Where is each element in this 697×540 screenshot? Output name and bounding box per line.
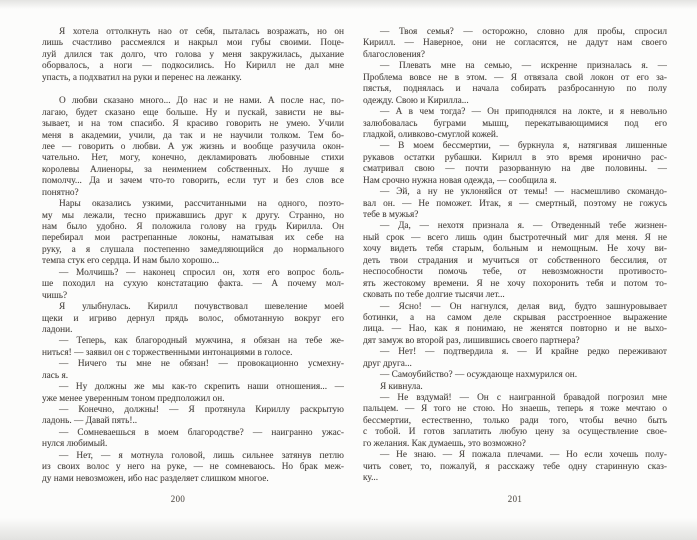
- paragraph: — Самоубийство? — осуждающе нахмурился о…: [363, 370, 667, 381]
- paragraph: — В моем бессмертии, — буркнула я, натяг…: [363, 141, 667, 187]
- text-line: лагаю, будет сказано еще больше. Ну и пу…: [42, 108, 344, 119]
- text-line: зывает, и на том спасибо. Я красиво гово…: [42, 119, 344, 130]
- text-line: королевы Алиеноры, за неимением собствен…: [42, 165, 344, 176]
- paragraph: — Конечно, должны! — Я протянула Кириллу…: [42, 405, 344, 428]
- text-line: благословения?: [363, 50, 667, 61]
- paragraph: Я кивнула.: [363, 382, 667, 393]
- page-left-text: Я хотела оттолкнуть нао от себя, пыталас…: [42, 27, 344, 485]
- text-line: друг друга...: [363, 359, 667, 370]
- text-line: — Твоя семья? — осторожно, словно для пр…: [363, 27, 667, 38]
- text-line: помолчу... Да и зачем что-то говорить, е…: [42, 176, 344, 187]
- text-line: му мы лежали, тесно прижавшись друг к др…: [42, 211, 344, 222]
- text-line: чательно. Нет, могу, конечно, декламиров…: [42, 153, 344, 164]
- text-line: оборвалось, а ноги — подкосились. Но Кир…: [42, 61, 344, 72]
- text-line: Нары оказались узкими, рассчитанными на …: [42, 199, 344, 210]
- text-line: луй длился так долго, что голова у меня …: [42, 50, 344, 61]
- paragraph: — Ну должны же мы как-то скрепить наши о…: [42, 382, 344, 405]
- paragraph: Я хотела оттолкнуть нао от себя, пыталас…: [42, 27, 344, 84]
- text-line: ше походил на сухую констатацию факта. —…: [42, 279, 344, 290]
- paragraph: — Эй, а ну не уклоняйся от темы! — насме…: [363, 187, 667, 221]
- text-line: тебе в мужья?: [363, 210, 667, 221]
- text-line: уже менее уверенным тоном предположил он…: [42, 394, 344, 405]
- paragraph: — Плевать мне на семью, — искренне призн…: [363, 61, 667, 107]
- text-line: с тобой. И готов заплатить любую цену за…: [363, 427, 667, 438]
- paragraph: — Ясно! — Он нагнулся, делая вид, будто …: [363, 302, 667, 348]
- paragraph: — А в чем тогда? — Он приподнялся на лок…: [363, 107, 667, 141]
- page-number-left: 200: [28, 494, 328, 505]
- paragraph: — Нет, — я мотнула головой, лишь сильнее…: [42, 451, 344, 485]
- text-line: — Не вздумай! — Он с наигранной бравадой…: [363, 393, 667, 404]
- text-line: — Да, — нехотя признала я. — Отведенный …: [363, 221, 667, 232]
- paragraph: — Да, — нехотя признала я. — Отведенный …: [363, 221, 667, 301]
- text-line: хочу видеть тебя старым, больным и немощ…: [363, 244, 667, 255]
- text-line: го желания. Как думаешь, это возможно?: [363, 439, 667, 450]
- text-line: — Плевать мне на семью, — искренне призн…: [363, 61, 667, 72]
- text-line: одежду. Свою и Кирилла...: [363, 96, 667, 107]
- text-line: ботинки, а на самом деле скрывая расстро…: [363, 313, 667, 324]
- text-line: — Эй, а ну не уклоняйся от темы! — насме…: [363, 187, 667, 198]
- scan-edge-bottom: [0, 518, 697, 540]
- text-line: ниться! — заявил он с торжественными инт…: [42, 348, 344, 359]
- text-line: нулся любимый.: [42, 439, 344, 450]
- text-line: бессмертии, естественно, только ради тог…: [363, 416, 667, 427]
- scan-edge-top: [0, 0, 697, 9]
- text-line: лишь счастливо рассмеялся и накрыл мои г…: [42, 38, 344, 49]
- text-line: — Самоубийство? — осуждающе нахмурился о…: [363, 370, 667, 381]
- text-line: понятно?: [42, 188, 344, 199]
- text-line: ладони.: [42, 325, 344, 336]
- text-line: — Молчишь? — наконец спросил он, хотя ег…: [42, 268, 344, 279]
- paragraph: — Нет! — подтвердила я. — И крайне редко…: [363, 347, 667, 370]
- text-line: пальцем. — Я того не стою. Но знаешь, те…: [363, 404, 667, 415]
- text-line: сковать по тебе долгие тысячи лет...: [363, 290, 667, 301]
- text-line: гладкой, оливково-смуглой кожей.: [363, 130, 667, 141]
- text-line: Я улыбнулась. Кирилл почувствовал шевеле…: [42, 302, 344, 313]
- text-line: Я хотела оттолкнуть нао от себя, пыталас…: [42, 27, 344, 38]
- text-line: — В моем бессмертии, — буркнула я, натяг…: [363, 141, 667, 152]
- text-line: ду нами невозможен, ибо нас разделяет сл…: [42, 474, 344, 485]
- text-line: из своих волос у него на руке, — не сомн…: [42, 462, 344, 473]
- text-line: нам было удобно. Я положила голову на гр…: [42, 222, 344, 233]
- text-line: лица. — Нао, как я понимаю, не женятся п…: [363, 324, 667, 335]
- paragraph: — Твоя семья? — осторожно, словно для пр…: [363, 27, 667, 61]
- text-line: лее — говорить о любви. А уж жизнь и воо…: [42, 142, 344, 153]
- text-line: лась я.: [42, 371, 344, 382]
- text-line: — Ну должны же мы как-то скрепить наши о…: [42, 382, 344, 393]
- text-line: Я кивнула.: [363, 382, 667, 393]
- text-line: — Ничего ты мне не обязан! — провокацион…: [42, 359, 344, 370]
- text-line: чить совет, то, пожалуй, я расскажу тебе…: [363, 462, 667, 473]
- text-line: — Не знаю. — Я пожала плечами. — Но если…: [363, 450, 667, 461]
- paragraph: — Не вздумай! — Он с наигранной бравадой…: [363, 393, 667, 450]
- text-line: Проблема вовсе не в этом. — Я отвязала с…: [363, 73, 667, 84]
- paragraph: — Не знаю. — Я пожала плечами. — Но если…: [363, 450, 667, 484]
- text-line: — Ясно! — Он нагнулся, делая вид, будто …: [363, 302, 667, 313]
- paragraph: О любви сказано много... До нас и не нам…: [42, 96, 344, 199]
- text-line: щеки и игриво дернул прядь волос, обмота…: [42, 314, 344, 325]
- text-line: — Нет! — подтвердила я. — И крайне редко…: [363, 347, 667, 358]
- text-line: перебирал мои растрепанные локоны, намат…: [42, 233, 344, 244]
- text-line: — А в чем тогда? — Он приподнялся на лок…: [363, 107, 667, 118]
- text-line: Нам срочно нужна новая одежда, — сообщил…: [363, 176, 667, 187]
- text-line: — Нет, — я мотнула головой, лишь сильнее…: [42, 451, 344, 462]
- paragraph: Я улыбнулась. Кирилл почувствовал шевеле…: [42, 302, 344, 336]
- text-line: ный срок — всего лишь один быстротечный …: [363, 233, 667, 244]
- text-line: Кирилл. — Наверное, они не согласятся, н…: [363, 38, 667, 49]
- text-line: — Сомневаешься в моем благородстве? — на…: [42, 428, 344, 439]
- text-line: дят замуж во второй раз, лишившись своег…: [363, 336, 667, 347]
- paragraph: — Молчишь? — наконец спросил он, хотя ег…: [42, 268, 344, 302]
- text-line: неспособности помочь тебе, от невозможно…: [363, 267, 667, 278]
- text-line: меня в академии, учили, да так и не науч…: [42, 131, 344, 142]
- book-spread: Я хотела оттолкнуть нао от себя, пыталас…: [0, 0, 697, 540]
- text-line: сматривал свою — почти разорванную на дв…: [363, 164, 667, 175]
- text-line: вал он. — Не поможет. Итак, я — смертный…: [363, 199, 667, 210]
- paragraph: — Ничего ты мне не обязан! — провокацион…: [42, 359, 344, 382]
- text-line: упасть, а подхватил на руки и перенес на…: [42, 73, 344, 84]
- text-line: пястья, поднялась и начала собирать разб…: [363, 84, 667, 95]
- page-number-right: 201: [363, 494, 667, 505]
- text-line: руку, а я слушала постепенно замедляющий…: [42, 245, 344, 256]
- text-line: ку...: [363, 473, 667, 484]
- paragraph: — Сомневаешься в моем благородстве? — на…: [42, 428, 344, 451]
- text-line: чишь?: [42, 291, 344, 302]
- text-line: залюбовалась буграми мышц, перекатывающи…: [363, 119, 667, 130]
- text-line: темпа стук его сердца. И нам было хорошо…: [42, 256, 344, 267]
- text-line: ять жестокому времени. Я не хочу похорон…: [363, 279, 667, 290]
- paragraph: — Теперь, как благородный мужчина, я обя…: [42, 336, 344, 359]
- text-line: рукавов остатки рубашки. Кирилл в это вр…: [363, 153, 667, 164]
- text-line: — Теперь, как благородный мужчина, я обя…: [42, 336, 344, 347]
- text-line: — Конечно, должны! — Я протянула Кириллу…: [42, 405, 344, 416]
- text-line: деть твои страдания и мучиться от собств…: [363, 256, 667, 267]
- text-line: ладонь. — Давай пять!..: [42, 416, 344, 427]
- paragraph: Нары оказались узкими, рассчитанными на …: [42, 199, 344, 268]
- page-right-text: — Твоя семья? — осторожно, словно для пр…: [363, 27, 667, 485]
- text-line: О любви сказано много... До нас и не нам…: [42, 96, 344, 107]
